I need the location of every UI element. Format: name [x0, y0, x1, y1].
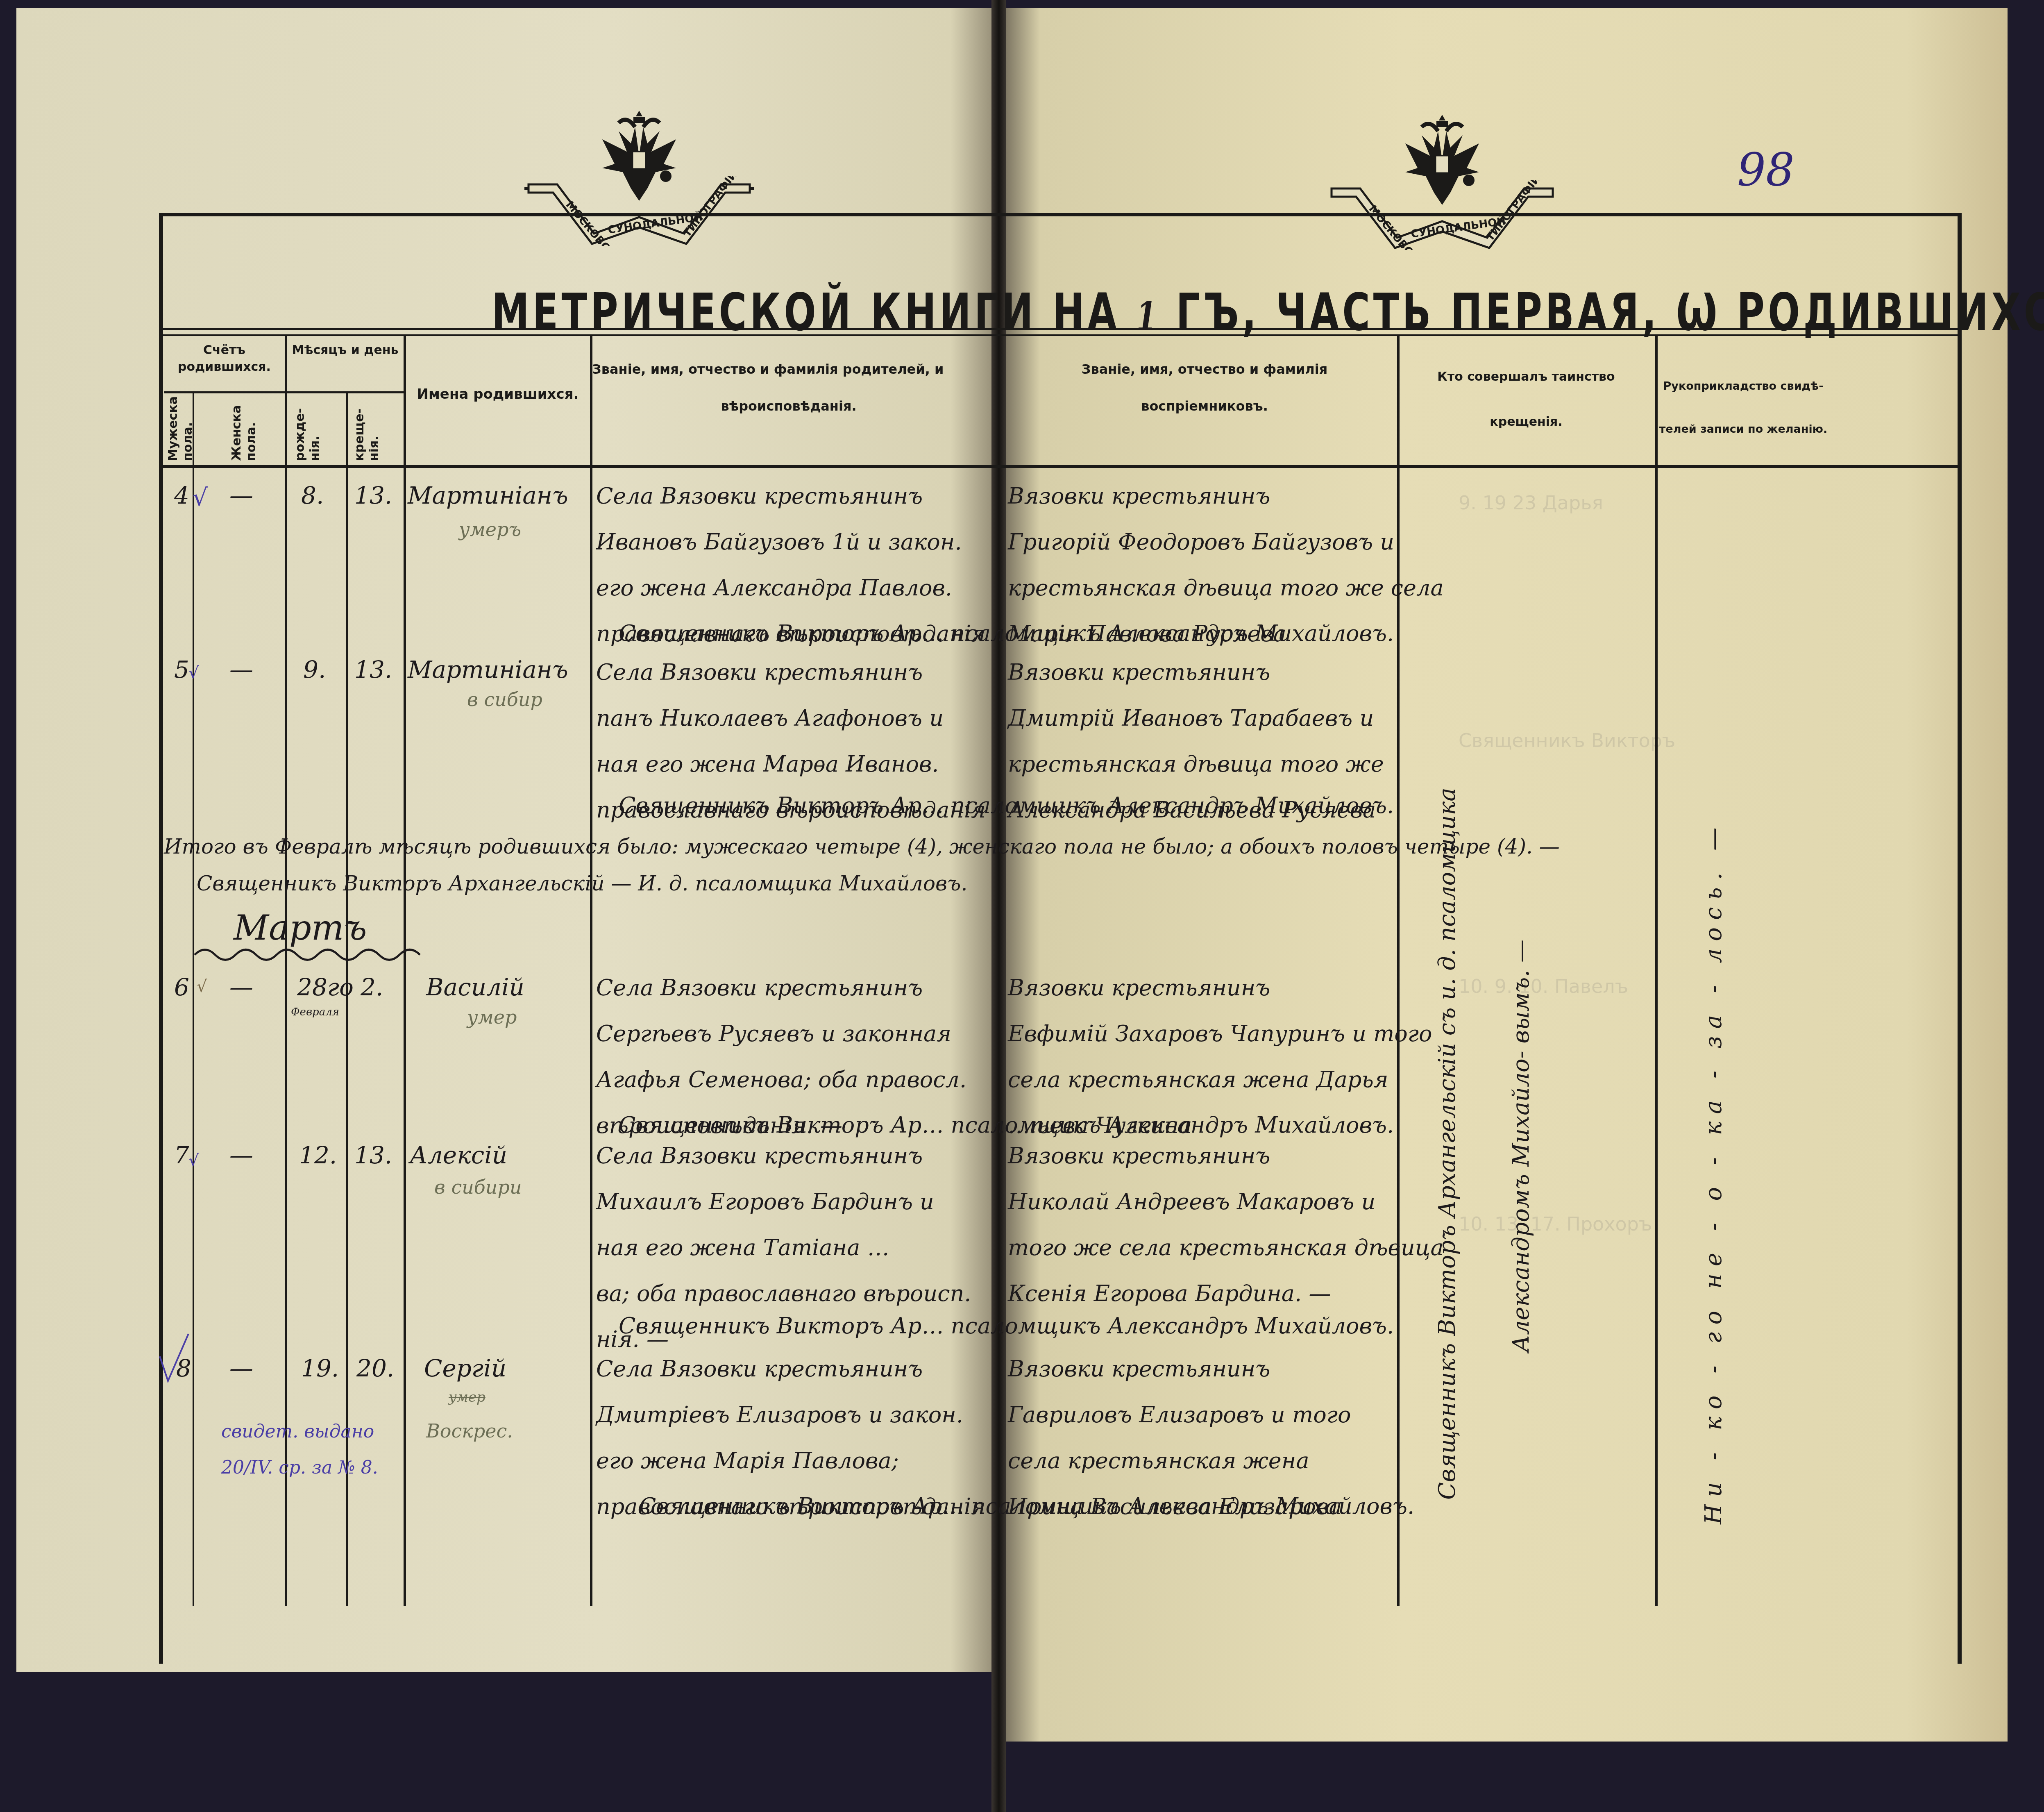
header-male: Мужеска пола. [166, 404, 195, 461]
checkmark-icon: √ [188, 1151, 199, 1170]
col-divider-names-parents [590, 336, 592, 1606]
entry-female-number: — [229, 481, 253, 509]
entry-baptism-day: 13. [354, 1141, 392, 1169]
entry-pencil-note: в сибири [434, 1176, 522, 1198]
header-names: Имена родившихся. [406, 385, 590, 404]
col-divider-male-female [193, 393, 194, 1606]
entry-child-name: Василій [426, 973, 524, 1001]
header-parents: Званіе, имя, отчество и фамилія родителе… [592, 361, 1002, 378]
title-right: ГЪ, ЧАСТЬ ПЕРВАЯ, Ѡ РОДИВШИХСЯ. [1176, 283, 2044, 342]
entry-pencil-note: в сибир [467, 688, 542, 711]
entry-pencil-note: Воскрес. [426, 1420, 513, 1442]
header-count-group: Счётъ родившихся. [164, 342, 285, 375]
entry-birth-day: 12. [299, 1141, 337, 1169]
entry-child-name: Алексій [410, 1141, 507, 1169]
entry-male-number: 7 [174, 1141, 189, 1169]
entry-child-name: Мартиніанъ [408, 656, 568, 683]
entry-clergy-signature: Священникъ Викторъ Ар… псаломщикъ Алекса… [639, 1483, 1414, 1529]
header-female: Женска пола. [229, 404, 259, 461]
entry-pencil-note: умер [467, 1006, 517, 1028]
col-divider-date-names [404, 336, 406, 1606]
month-heading-march: Мартъ [234, 908, 367, 948]
entry-baptism-day: 13. [354, 656, 392, 683]
february-summary-signature: Священникъ Викторъ Архангельскій — И. д.… [197, 861, 967, 906]
header-godparents-2: воспріемниковъ. [1016, 397, 1393, 415]
document-title: МЕТРИЧЕСКОЙ КНИГИ НА 1 ГЪ, ЧАСТЬ ПЕРВАЯ,… [492, 283, 1700, 342]
entry-birth-day: 28го [297, 973, 354, 1001]
witnesses-vertical-text: Ни - ко - го не - о - ка - за - лось. — [1700, 525, 1727, 1524]
subheader-rule [164, 391, 404, 393]
entry-female-number: — [229, 973, 253, 1001]
entry-pencil-note: умеръ [459, 518, 521, 540]
officiant-vertical-line1: Священникъ Викторъ Архангельскій съ и. д… [1434, 475, 1461, 1500]
entry-female-number: — [229, 656, 253, 683]
entry-baptism-day: 2. [361, 973, 383, 1001]
entry-birth-day: 8. [301, 481, 324, 509]
title-left: МЕТРИЧЕСКОЙ КНИГИ НА [492, 283, 1120, 342]
entry-male-number: 5 [174, 656, 189, 683]
entry-female-number: — [229, 1141, 253, 1169]
entry-godparents: Вязовки крестьянинъНиколай Андреевъ Мака… [1008, 1133, 1444, 1317]
col-divider-officiant-witnesses [1655, 336, 1658, 1606]
header-birth: рожде-нія. [293, 404, 322, 461]
header-witnesses-2: телей записи по желанію. [1657, 422, 1829, 437]
header-witnesses: Рукоприкладство свидѣ- [1657, 379, 1829, 394]
entry-child-name: Сергій [424, 1354, 506, 1382]
entry-clergy-signature: Священникъ Викторъ Ар… псаломщикъ Алекса… [619, 1303, 1394, 1349]
entry-baptism-day: 13. [354, 481, 392, 509]
entry-male-number: 6 [174, 973, 189, 1001]
header-baptism: креще-нія. [352, 404, 382, 461]
entry-struck-note: умер [449, 1389, 485, 1406]
entry-child-name: Мартиніанъ [408, 481, 568, 509]
checkmark-icon: √ [197, 977, 207, 996]
page-number: 98 [1737, 143, 1794, 196]
entry-male-number: 8 [176, 1354, 191, 1382]
entry-clergy-signature: Священникъ Викторъ Ар… псаломщикъ Алекса… [619, 783, 1394, 829]
certificate-issued-annotation: свидет. выдано20/IV. ср. за № 8. [221, 1414, 378, 1486]
entry-birth-month: Февраля [291, 1006, 339, 1018]
header-parents-faith: вѣроисповѣданія. [592, 397, 985, 415]
header-bottom-rule [159, 465, 1958, 468]
officiant-vertical-line2: Александромъ Михайло- вымъ. — [1508, 533, 1534, 1352]
checkmark-icon: √ [188, 664, 199, 683]
wavy-underline [193, 942, 438, 967]
entry-male-number: 4 [174, 481, 189, 509]
header-officiant: Кто совершалъ таинство [1399, 369, 1653, 386]
header-officiant-2: крещенія. [1399, 414, 1653, 431]
checkmark-icon: √ [193, 484, 208, 511]
entry-birth-day: 19. [301, 1354, 339, 1382]
top-rule [159, 213, 1958, 216]
entry-baptism-day: 20. [356, 1354, 394, 1382]
header-date-group: Мѣсяцъ и день [287, 342, 404, 359]
entry-female-number: — [229, 1354, 253, 1382]
title-year-handwritten: 1 [1137, 293, 1160, 339]
header-godparents: Званіе, имя, отчество и фамилія [1016, 361, 1393, 378]
entry-birth-day: 9. [303, 656, 326, 683]
